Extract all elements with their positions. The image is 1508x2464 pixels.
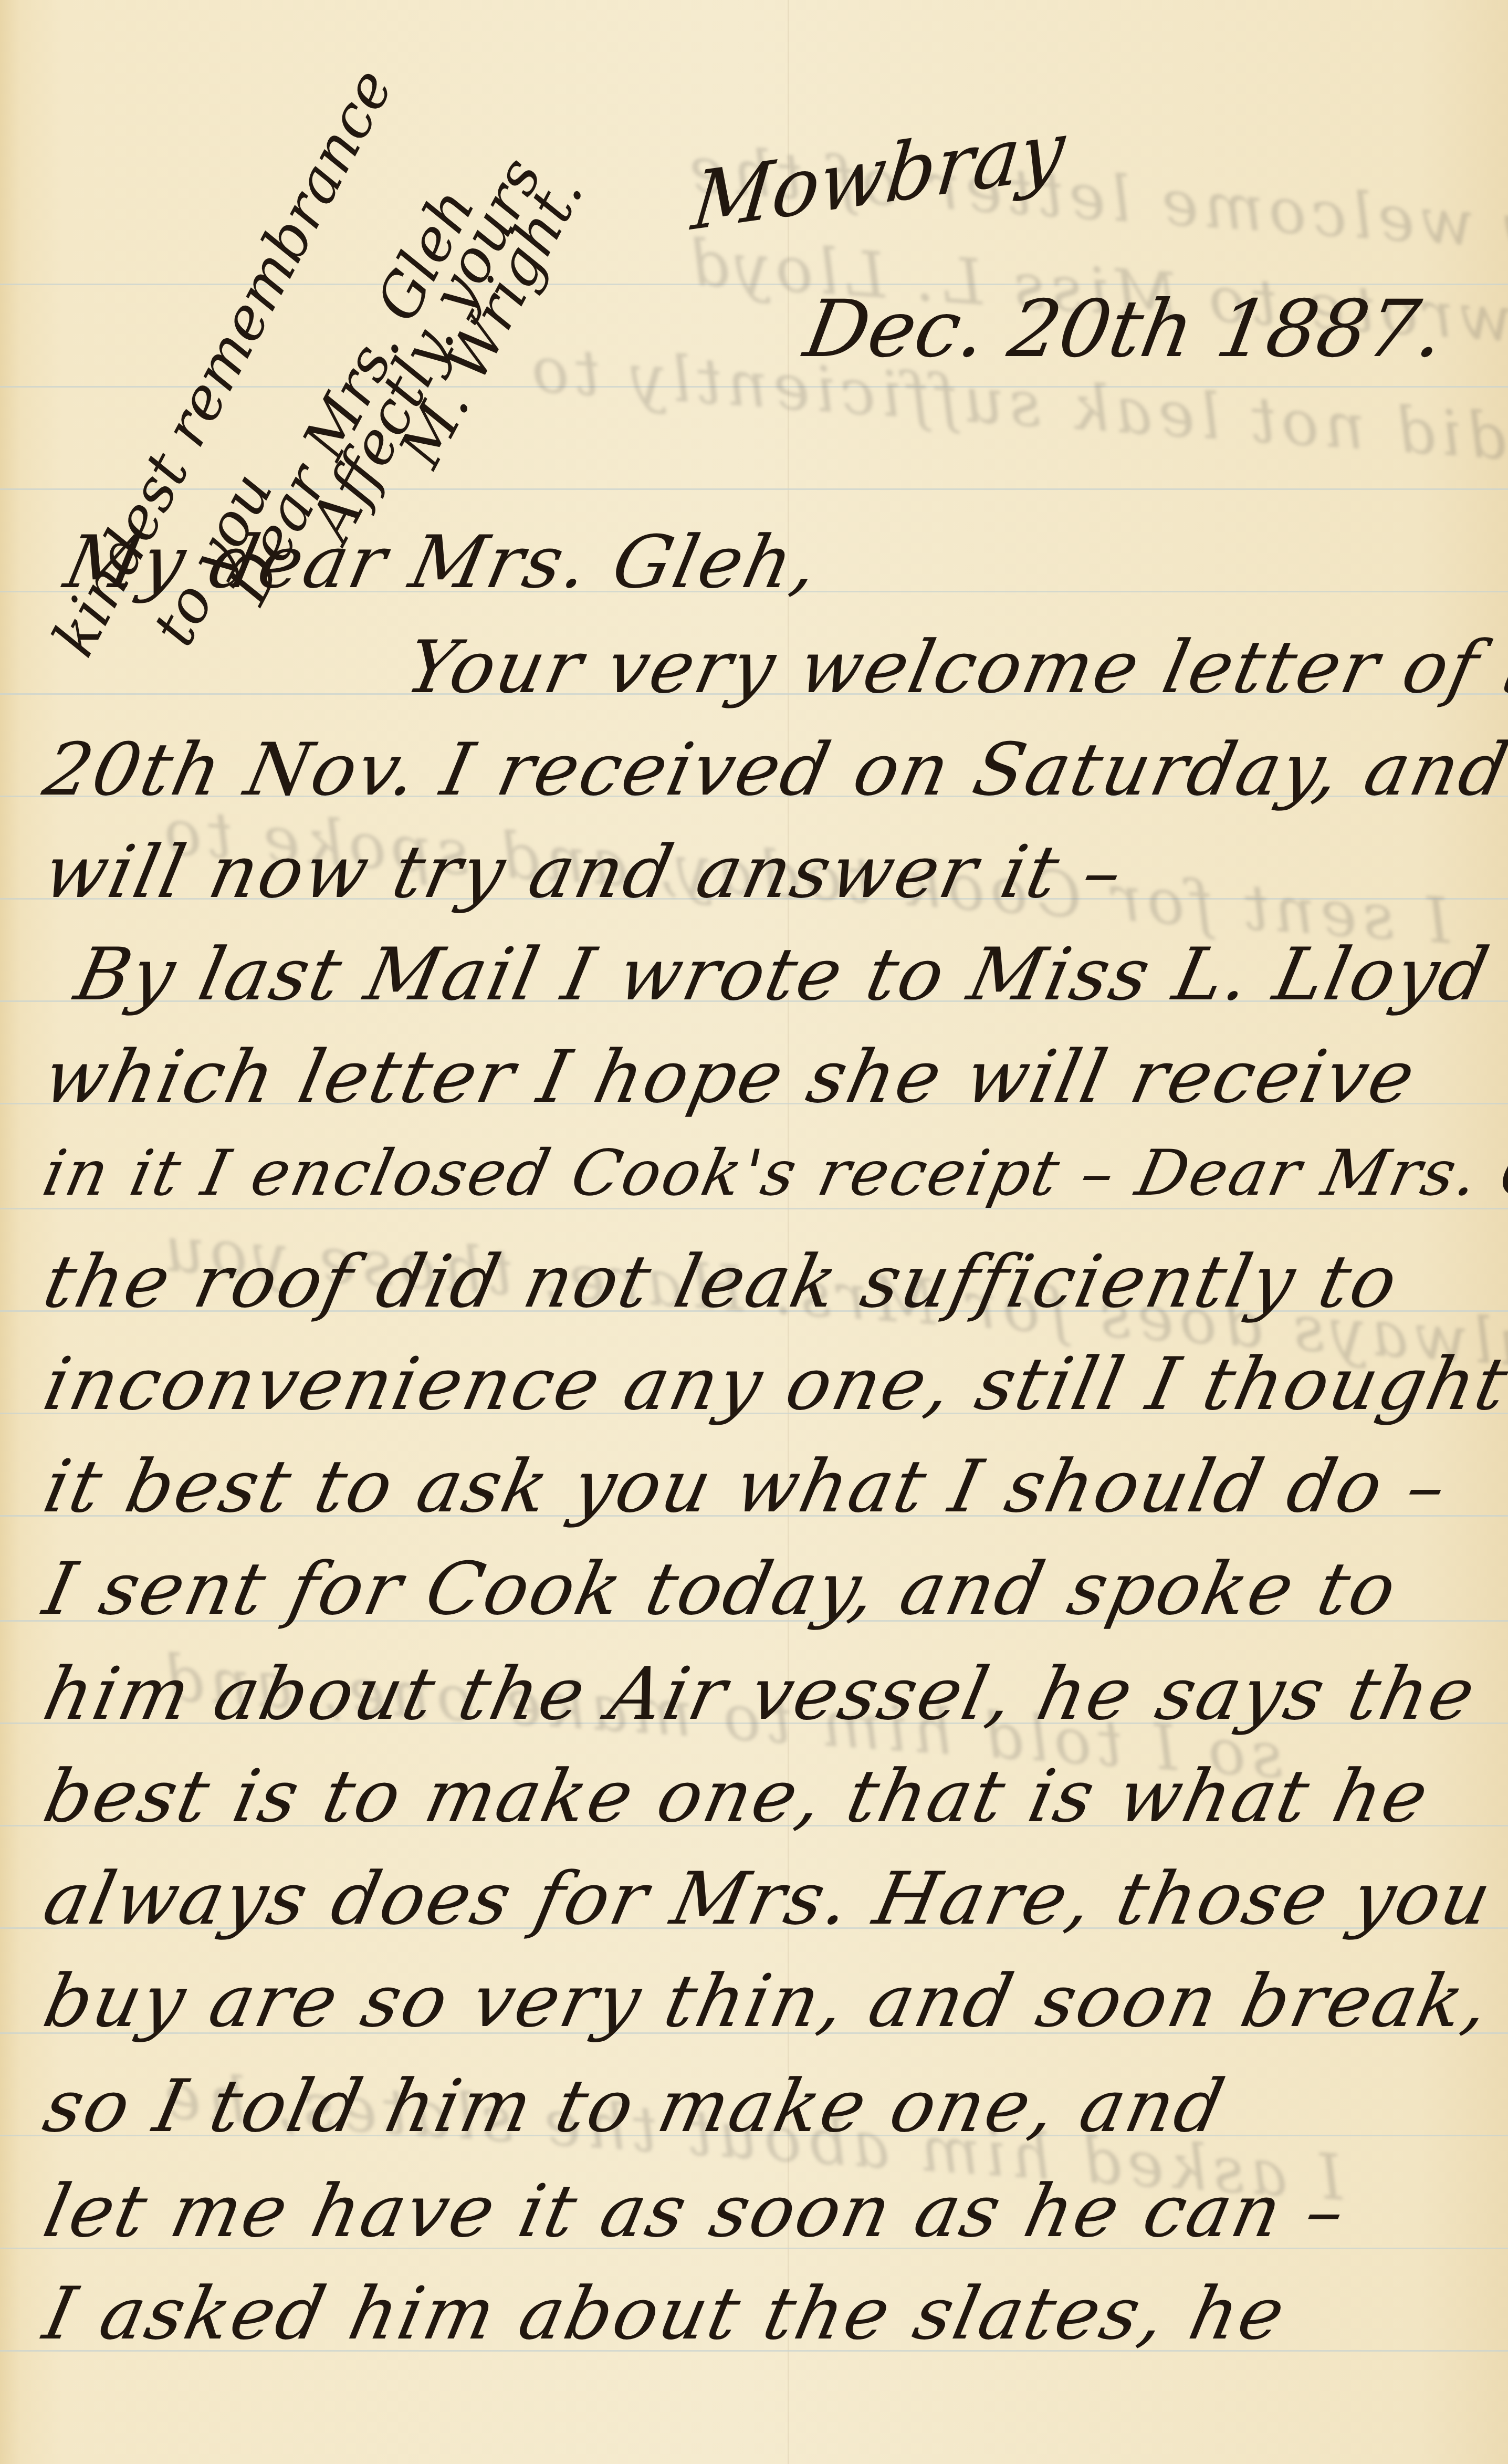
body-line: buy are so very thin, and soon break, [37,1959,1499,2043]
body-line: it best to ask you what I should do – [37,1444,1455,1529]
body-line: inconvenience any one, still I thought [37,1342,1508,1426]
body-line: him about the Air vessel, he says the [37,1652,1484,1736]
body-line: will now try and answer it – [37,830,1132,914]
body-line: I asked him about the slates, he [37,2271,1294,2356]
body-line: I sent for Cook today, and spoke to [37,1547,1405,1631]
body-line: always does for Mrs. Hare, those you [37,1856,1500,1941]
salutation: My dear Mrs. Gleh, [58,520,828,604]
body-line: so I told him to make one, and [37,2064,1233,2148]
body-line: 20th Nov. I received on Saturday, and [37,727,1508,812]
body-line: the roof did not leak sufficiently to [37,1239,1407,1324]
body-line: which letter I hope she will receive [37,1035,1424,1119]
body-line: Your very welcome letter of the [399,625,1508,709]
body-line: let me have it as soon as he can – [37,2169,1354,2253]
letter-page: Your very welcome letter of the By last … [0,0,1508,2464]
body-line: best is to make one, that is what he [37,1754,1437,1839]
body-line: By last Mail I wrote to Miss L. Lloyd [68,932,1497,1017]
letter-date: Dec. 20th 1887. [798,284,1451,375]
body-line: in it I enclosed Cook's receipt – Dear M… [37,1137,1508,1210]
